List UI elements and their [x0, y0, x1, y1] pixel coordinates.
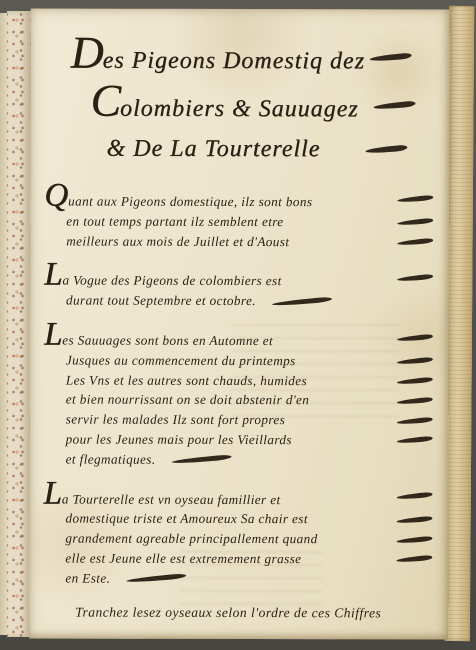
text-line: elle est Jeune elle est extremement gras… — [41, 548, 440, 569]
ink-dash — [397, 417, 433, 425]
handwritten-text: La Vogue des Pigeons de colombiers est — [44, 264, 282, 291]
handwritten-text: Les Vns et les autres sont chauds, humid… — [66, 370, 307, 390]
handwritten-text: et flegmatiques. — [66, 449, 156, 469]
chapter-title: Des Pigeons Domestiq dez Colombiers & Sa… — [42, 32, 441, 169]
ink-dash — [397, 377, 433, 385]
text-line: pour les Jeunes mais pour les Vieillards — [42, 429, 441, 450]
handwritten-text: en Este. — [65, 568, 110, 588]
ink-dash — [396, 492, 432, 500]
title-text: Colombiers & Sauuagez — [91, 81, 359, 130]
ink-dash — [373, 101, 415, 111]
text-line: Jusques au commencement du printemps — [42, 350, 441, 371]
text-line: grandement agreable principallement quan… — [41, 529, 440, 550]
paragraph-pigeon-season: La Vogue des Pigeons de colombiers est d… — [42, 264, 441, 312]
text-line: en Este. — [41, 568, 440, 589]
text-line: La Vogue des Pigeons de colombiers est — [42, 264, 441, 292]
title-line-3: & De La Tourterelle — [42, 128, 441, 169]
handwritten-text: durant tout Septembre et octobre. — [66, 291, 256, 311]
paragraph-wild-pigeons: Les Sauuages sont bons en Automne et Jus… — [42, 323, 441, 470]
ink-dash — [397, 195, 433, 203]
handwritten-content: Des Pigeons Domestiq dez Colombiers & Sa… — [29, 8, 450, 639]
text-line: et bien nourrissant on se doit abstenir … — [42, 390, 441, 411]
handwritten-text: Quant aux Pigeons domestique, ilz sont b… — [44, 184, 312, 211]
handwritten-text: La Tourterelle est vn oyseau famillier e… — [44, 482, 281, 509]
handwritten-text: Tranchez lesez oyseaux selon l'ordre de … — [75, 604, 381, 620]
handwritten-text: domestique triste et Amoureux Sa chair e… — [65, 509, 307, 529]
closing-instruction: Tranchez lesez oyseaux selon l'ordre de … — [41, 604, 440, 621]
ink-dash — [397, 334, 433, 342]
ink-dash — [272, 296, 332, 306]
ink-dash — [396, 555, 432, 563]
ink-dash — [397, 274, 433, 282]
ink-dash — [365, 145, 407, 155]
ink-dash — [397, 218, 433, 226]
text-line: La Tourterelle est vn oyseau famillier e… — [42, 482, 441, 510]
handwritten-text: et bien nourrissant on se doit abstenir … — [66, 390, 310, 410]
handwritten-text: pour les Jeunes mais pour les Vieillards — [66, 430, 292, 450]
handwritten-text: en tout temps partant ilz semblent etre — [66, 211, 283, 231]
ink-dash — [397, 357, 433, 365]
text-line: domestique triste et Amoureux Sa chair e… — [41, 509, 440, 530]
paragraph-turtledove: La Tourterelle est vn oyseau famillier e… — [41, 482, 440, 589]
text-line: meilleurs aux mois de Juillet et d'Aoust — [42, 231, 441, 252]
text-line: Les Sauuages sont bons en Automne et — [42, 323, 441, 351]
title-text: & De La Tourterelle — [106, 129, 320, 170]
handwritten-text: grandement agreable principallement quan… — [65, 529, 317, 549]
ink-dash — [397, 238, 433, 246]
ink-dash — [171, 455, 231, 465]
handwritten-text: meilleurs aux mois de Juillet et d'Aoust — [66, 231, 289, 251]
text-line: Quant aux Pigeons domestique, ilz sont b… — [42, 184, 441, 212]
photo-backdrop: Des Pigeons Domestiq dez Colombiers & Sa… — [0, 0, 476, 650]
handwritten-text: Jusques au commencement du printemps — [66, 350, 296, 370]
handwritten-text: Les Sauuages sont bons en Automne et — [44, 323, 273, 350]
ink-dash — [126, 573, 186, 583]
ink-dash — [370, 53, 412, 63]
text-line: en tout temps partant ilz semblent etre — [42, 211, 441, 232]
handwritten-text: elle est Jeune elle est extremement gras… — [65, 548, 301, 568]
handwritten-text: servir les malades Ilz sont fort propres — [66, 410, 285, 430]
text-line: servir les malades Ilz sont fort propres — [42, 410, 441, 431]
ink-dash — [396, 516, 432, 524]
paragraph-domestic-pigeons: Quant aux Pigeons domestique, ilz sont b… — [42, 184, 441, 251]
text-line: et flegmatiques. — [42, 449, 441, 470]
marbled-binding-edge — [7, 11, 31, 637]
ink-dash — [396, 535, 432, 543]
title-line-2: Colombiers & Sauuagez — [43, 80, 442, 129]
text-line: Les Vns et les autres sont chauds, humid… — [42, 370, 441, 391]
ink-dash — [397, 436, 433, 444]
text-line: durant tout Septembre et octobre. — [42, 291, 441, 312]
ink-dash — [397, 397, 433, 405]
manuscript-page: Des Pigeons Domestiq dez Colombiers & Sa… — [29, 8, 450, 639]
